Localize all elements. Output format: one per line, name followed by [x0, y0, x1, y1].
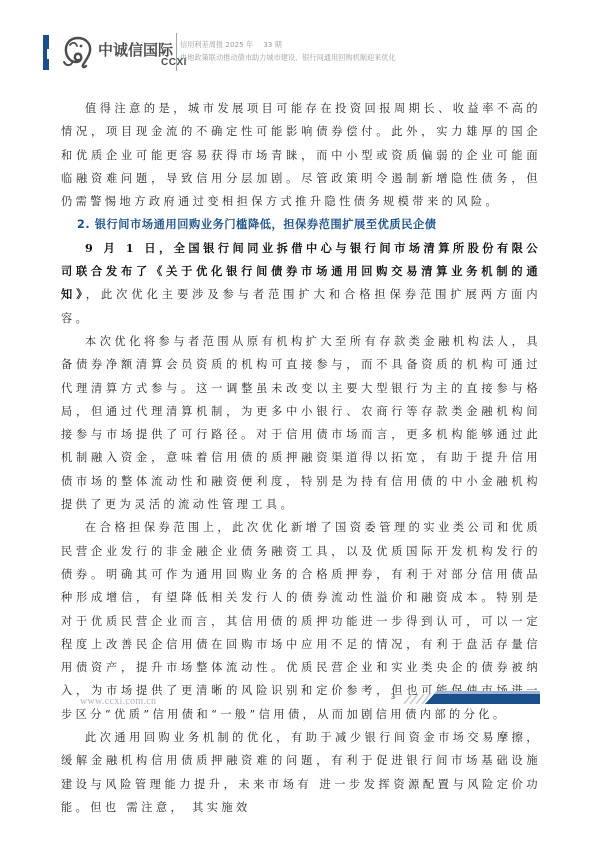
report-subtitle: 央地政策联动推动债市助力城市建设、银行间通用回购机制迎来优化 — [180, 51, 396, 64]
paragraph-participants: 本次优化将参与者范围从原有机构扩大至所有存款类金融机构法人，具备债券净额清算会员… — [61, 330, 541, 516]
footer-band-highlight — [425, 691, 540, 694]
header-report-info: 信用利差周报 2025 年33 期 央地政策联动推动债市助力城市建设、银行间通用… — [180, 38, 396, 64]
page-header: 中诚信国际 CCXI 信用利差周报 2025 年33 期 央地政策联动推动债市助… — [43, 33, 563, 73]
paragraph-notice: 9 月 1 日，全国银行间同业拆借中心与银行间市场清算所股份有限公司联合发布了《… — [61, 237, 541, 330]
page-number: 3 — [391, 692, 395, 701]
section-heading: 2. 银行间市场通用回购业务门槛降低，担保券范围扩展至优质民企债 — [61, 213, 541, 236]
notice-rest: ，此次优化主要涉及参与者范围扩大和合格担保券范围扩展两方面内容。 — [61, 288, 541, 324]
header-divider — [176, 33, 177, 71]
header-accent-notch — [47, 49, 51, 59]
page-footer: www.ccxi.com.cn 3 — [0, 690, 595, 720]
elephant-logo-icon — [61, 35, 95, 69]
footer-blue-band — [425, 694, 540, 704]
paragraph-credit-risk: 值得注意的是，城市发展项目可能存在投资回报周期长、收益率不高的情况，项目现金流的… — [61, 97, 541, 213]
report-title-line: 信用利差周报 2025 年33 期 — [180, 38, 396, 51]
footer-website-link[interactable]: www.ccxi.com.cn — [80, 696, 156, 707]
report-issue: 33 期 — [263, 40, 282, 49]
report-name: 信用利差周报 2025 年 — [180, 40, 253, 49]
paragraph-outlook: 此次通用回购业务机制的优化，有助于减少银行间资金市场交易摩擦，缓解金融机构信用债… — [61, 726, 541, 819]
